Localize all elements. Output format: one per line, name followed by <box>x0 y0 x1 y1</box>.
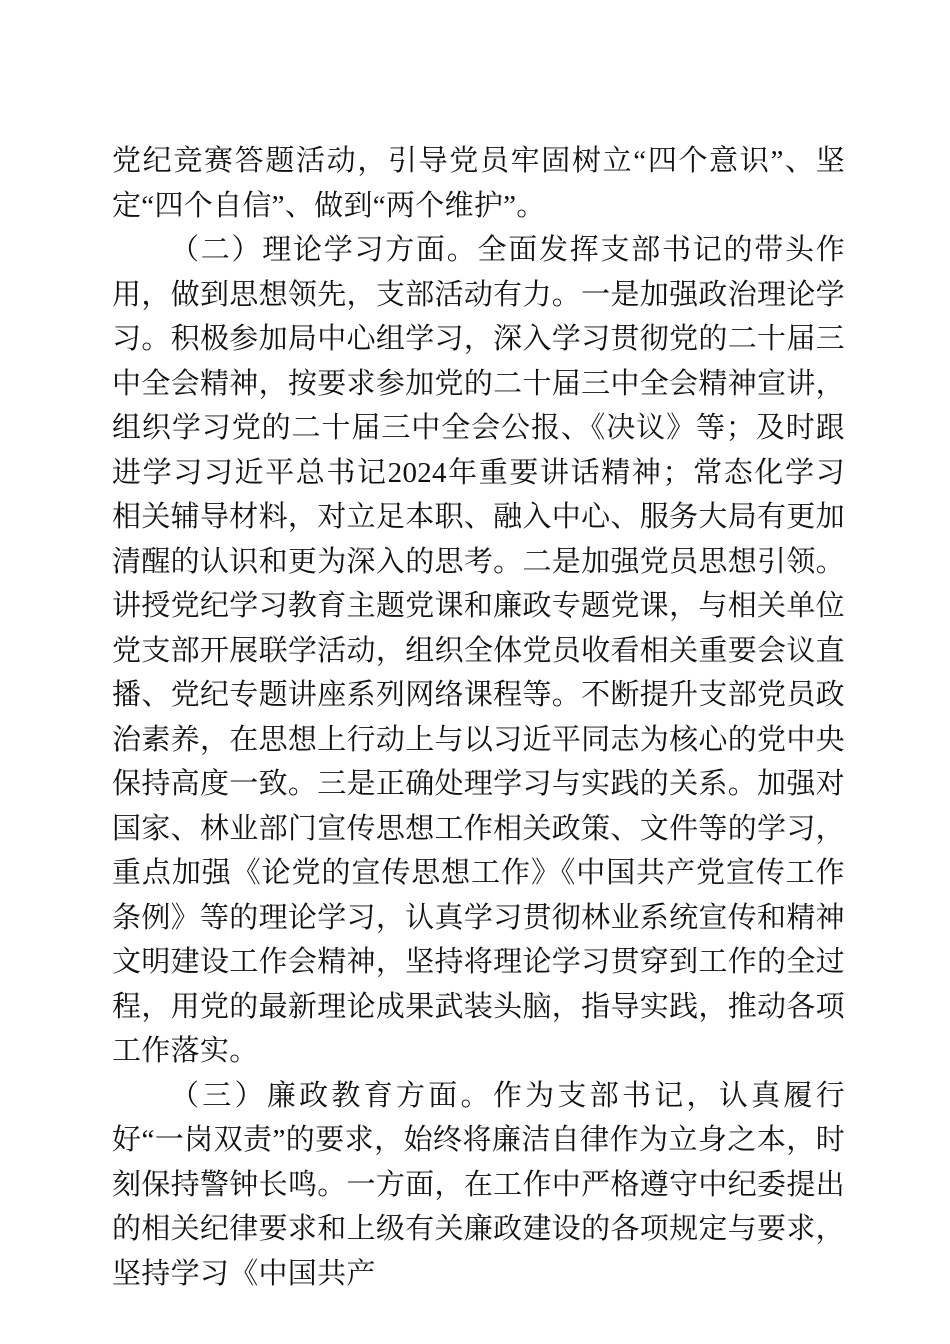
paragraph-section-2-theory-study: （二）理论学习方面。全面发挥支部书记的带头作用，做到思想领先，支部活动有力。一是… <box>112 228 845 1074</box>
paragraph-continuation: 党纪竞赛答题活动，引导党员牢固树立“四个意识”、坚定“四个自信”、做到“两个维护… <box>112 139 845 228</box>
paragraph-section-3-clean-governance: （三）廉政教育方面。作为支部书记，认真履行好“一岗双责”的要求，始终将廉洁自律作… <box>112 1074 845 1297</box>
document-page: 党纪竞赛答题活动，引导党员牢固树立“四个意识”、坚定“四个自信”、做到“两个维护… <box>0 0 950 1344</box>
document-body: 党纪竞赛答题活动，引导党员牢固树立“四个意识”、坚定“四个自信”、做到“两个维护… <box>112 139 845 1296</box>
